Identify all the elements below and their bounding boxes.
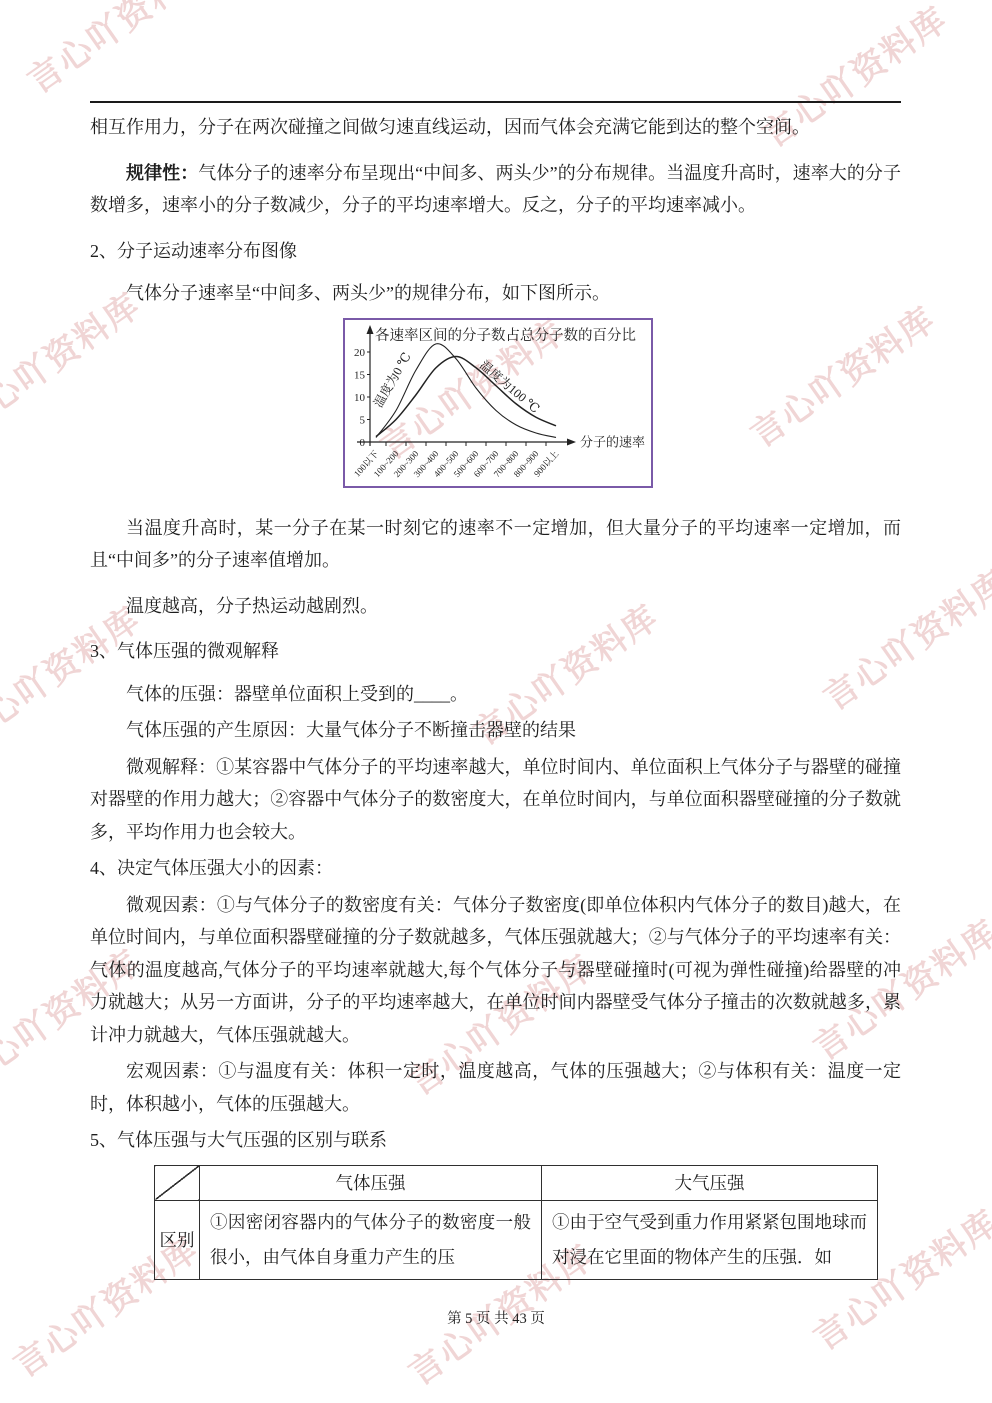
chart-wrapper: 各速率区间的分子数占总分子数的百分比分子的速率05101520100以下100~…	[343, 318, 901, 488]
document-body: 相互作用力，分子在两次碰撞之间做匀速直线运动，因而气体会充满它能到达的整个空间。…	[90, 111, 901, 1280]
page-number-footer: 第 5 页 共 43 页	[0, 1307, 992, 1328]
svg-text:温度为100 ℃: 温度为100 ℃	[477, 357, 543, 416]
regularity-label: 规律性：	[126, 163, 198, 183]
document-page: 言心吖资料库言心吖资料库言心吖资料库言心吖资料库言心吖资料库言心吖资料库言心吖资…	[0, 0, 992, 1403]
section-heading-3: 3、气体压强的微观解释	[90, 635, 901, 668]
table-header-gas-pressure: 气体压强	[200, 1165, 542, 1200]
svg-text:10: 10	[354, 392, 366, 404]
paragraph-micro-factors: 微观因素：①与气体分子的数密度有关：气体分子数密度(即单位体积内气体分子的数目)…	[90, 889, 901, 1052]
svg-text:5: 5	[360, 414, 366, 426]
table-header-atmospheric-pressure: 大气压强	[542, 1165, 878, 1200]
watermark-text: 言心吖资料库	[16, 0, 221, 103]
svg-text:分子的速率: 分子的速率	[580, 434, 645, 449]
paragraph-pressure-cause: 气体压强的产生原因：大量气体分子不断撞击器壁的结果	[90, 714, 901, 747]
paragraph-distribution-intro: 气体分子速率呈“中间多、两头少”的规律分布，如下图所示。	[90, 277, 901, 310]
header-rule	[90, 101, 901, 103]
table-row-difference: 区别 ①因密闭容器内的气体分子的数密度一般很小，由气体自身重力产生的压 ①由于空…	[155, 1200, 878, 1279]
paragraph-micro-explanation: 微观解释：①某容器中气体分子的平均速率越大，单位时间内、单位面积上气体分子与器壁…	[90, 751, 901, 849]
svg-text:0: 0	[360, 437, 366, 449]
paragraph-gas-pressure-blank: 气体的压强：器壁单位面积上受到的____。	[90, 678, 901, 711]
table-cell-gas-pressure: ①因密闭容器内的气体分子的数密度一般很小，由气体自身重力产生的压	[200, 1200, 542, 1279]
svg-text:温度为0 ℃: 温度为0 ℃	[370, 349, 413, 409]
speed-distribution-chart: 各速率区间的分子数占总分子数的百分比分子的速率05101520100以下100~…	[343, 318, 653, 488]
section-heading-4: 4、决定气体压强大小的因素：	[90, 852, 901, 885]
regularity-text: 气体分子的速率分布呈现出“中间多、两头少”的分布规律。当温度升高时，速率大的分子…	[90, 163, 901, 216]
table-cell-atmospheric-pressure: ①由于空气受到重力作用紧紧包围地球而对浸在它里面的物体产生的压强．如	[542, 1200, 878, 1279]
paragraph-temperature-rise: 当温度升高时，某一分子在某一时刻它的速率不一定增加，但大量分子的平均速率一定增加…	[90, 512, 901, 577]
section-heading-2: 2、分子运动速率分布图像	[90, 235, 901, 268]
speed-distribution-plot: 各速率区间的分子数占总分子数的百分比分子的速率05101520100以下100~…	[345, 320, 651, 486]
paragraph-thermal-motion: 温度越高，分子热运动越剧烈。	[90, 590, 901, 623]
comparison-table: 气体压强 大气压强 区别 ①因密闭容器内的气体分子的数密度一般很小，由气体自身重…	[154, 1165, 878, 1280]
table-corner-diagonal-cell	[155, 1165, 200, 1200]
paragraph-macro-factors: 宏观因素：①与温度有关：体积一定时，温度越高，气体的压强越大；②与体积有关：温度…	[90, 1055, 901, 1120]
table-header-row: 气体压强 大气压强	[155, 1165, 878, 1200]
paragraph-gas-fills-space: 相互作用力，分子在两次碰撞之间做匀速直线运动，因而气体会充满它能到达的整个空间。	[90, 111, 901, 144]
paragraph-regularity: 规律性：气体分子的速率分布呈现出“中间多、两头少”的分布规律。当温度升高时，速率…	[90, 157, 901, 222]
table-row-label: 区别	[155, 1200, 200, 1279]
svg-text:20: 20	[354, 347, 366, 359]
svg-text:各速率区间的分子数占总分子数的百分比: 各速率区间的分子数占总分子数的百分比	[375, 326, 636, 344]
svg-text:15: 15	[354, 369, 366, 381]
section-heading-5: 5、气体压强与大气压强的区别与联系	[90, 1124, 901, 1157]
